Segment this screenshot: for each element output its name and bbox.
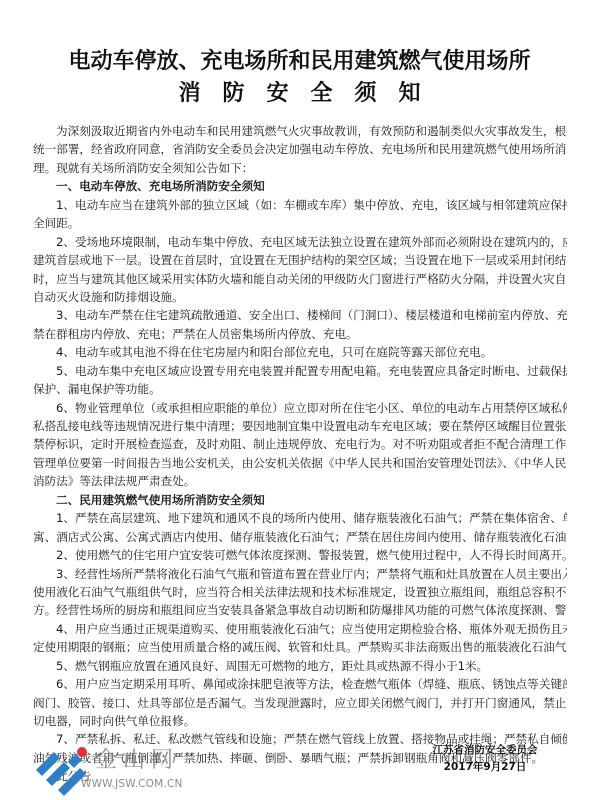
s2-item5: 5、燃气钢瓶应放置在通风良好、周围无可燃物的地方，距灶具或热源不得小于1米。	[33, 657, 567, 675]
intro-line: 统一部署，经省政府同意，省消防安全委员会决定加强电动车停放、充电场所和民用建筑燃…	[33, 140, 567, 158]
s2-item6: 6、用户应当定期采用耳听、鼻闻或涂抹肥皂液等方法，检查燃气瓶体（焊缝、瓶底、锈蚀…	[33, 675, 567, 693]
s2-item4: 4、用户应当通过正规渠道购买、使用瓶装液化石油气；应当使用定期检验合格、瓶体外观…	[33, 620, 567, 638]
s1-item2: 建筑首层或地下一层。设置在首层时，宜设置在无围护结构的架空区域；当设置在地下一层…	[33, 251, 567, 269]
notice-title-line2: 消防安全须知	[0, 76, 599, 107]
s1-item6: 6、物业管理单位（或承担相应职能的单位）应立即对所在住宅小区、单位的电动车占用禁…	[33, 399, 567, 417]
intro-line: 理。现就有关场所消防安全须知公告如下：	[33, 159, 567, 177]
watermark-name: 金山网	[95, 743, 179, 774]
intro-line: 为深刻汲取近期省内外电动车和民用建筑燃气火灾事故教训，有效预防和遏制类似火灾事故…	[33, 122, 567, 140]
s2-item3: 方。经营性场所的厨房和瓶组间应当安装具备紧急事故自动切断和防爆排风功能的可燃气体…	[33, 601, 567, 619]
signature-org: 江苏省消防安全委员会	[420, 742, 550, 759]
s1-item1: 1、电动车应当在建筑外部的独立区域（如：车棚或车库）集中停放、充电，该区域与相邻…	[33, 196, 567, 214]
s1-item5: 保护、漏电保护等功能。	[33, 380, 567, 398]
s1-item6: 管理单位要第一时间报告当地公安机关，由公安机关依据《中华人民共和国治安管理处罚法…	[33, 454, 567, 472]
s2-item6: 阀门、胶管、接口、灶具等部位是否漏气。当发现泄露时，应立即关闭燃气阀门，并打开门…	[33, 694, 567, 712]
s2-item3: 使用液化石油气气瓶组供气时，应当符合相关法律法规和技术标准规定，设置独立瓶组间，…	[33, 583, 567, 601]
s2-item2: 2、使用燃气的住宅用户宜安装可燃气体浓度探测、警报装置，燃气使用过程中，人不得长…	[33, 546, 567, 564]
s1-item2: 2、受场地环境限制，电动车集中停放、充电区域无法独立设置在建筑外部而必须附设在建…	[33, 233, 567, 251]
s1-item5: 5、电动车集中充电区域应设置专用充电装置并配置专用配电箱。充电装置应具备定时断电…	[33, 362, 567, 380]
s1-item6: 私搭乱接电线等违规情况进行集中清理；要因地制宜集中设置电动车充电区域；要在禁停区…	[33, 417, 567, 435]
s1-item6: 禁停标识，定时开展检查巡查，及时劝阻、制止违规停放、充电行为。对不听劝阻或者拒不…	[33, 435, 567, 453]
s2-item4: 定使用期限的钢瓶；应当使用质量合格的减压阀、软管和灶具。严禁购买非法商贩出售的瓶…	[33, 638, 567, 656]
s1-item3: 禁在群租房内停放、充电；严禁在人员密集场所内停放、充电。	[33, 325, 567, 343]
section2-heading: 二、民用建筑燃气使用场所消防安全须知	[33, 491, 567, 509]
s1-item3: 3、电动车严禁在住宅建筑疏散通道、安全出口、楼梯间（门洞口）、楼层楼道和电梯前室…	[33, 306, 567, 324]
notice-title-line1: 电动车停放、充电场所和民用建筑燃气使用场所	[0, 44, 599, 75]
s2-item1: 寓、酒店式公寓、公寓式酒店内使用、储存瓶装液化石油气；严禁在居住房间内使用、储存…	[33, 528, 567, 546]
s1-item6: 消防法》等法律法规严肃查处。	[33, 472, 567, 490]
signature-date: 2017年9月27日	[420, 759, 550, 776]
s2-item3: 3、经营性场所严禁将液化石油气气瓶和管道布置在营业厅内；严禁将气瓶和灶具放置在人…	[33, 565, 567, 583]
s1-item1: 全间距。	[33, 214, 567, 232]
watermark-url: WWW.JSW.COM.CN	[81, 778, 183, 790]
s1-item2: 自动灭火设施和防排烟设施。	[33, 288, 567, 306]
section1-heading: 一、电动车停放、充电场所消防安全须知	[33, 177, 567, 195]
s2-item6: 切电器，同时向供气单位报修。	[33, 712, 567, 730]
signature-block: 江苏省消防安全委员会 2017年9月27日	[420, 742, 550, 776]
s1-item2: 时，应当与建筑其他区域采用实体防火墙和能自动关闭的甲级防火门窗进行严格防火分隔，…	[33, 270, 567, 288]
notice-body: 为深刻汲取近期省内外电动车和民用建筑燃气火灾事故教训，有效预防和遏制类似火灾事故…	[33, 122, 567, 786]
s1-item4: 4、电动车或其电池不得在住宅房屋内和阳台部位充电，只可在庭院等露天部位充电。	[33, 343, 567, 361]
s2-item1: 1、严禁在高层建筑、地下建筑和通风不良的场所内使用、储存瓶装液化石油气；严禁在集…	[33, 509, 567, 527]
